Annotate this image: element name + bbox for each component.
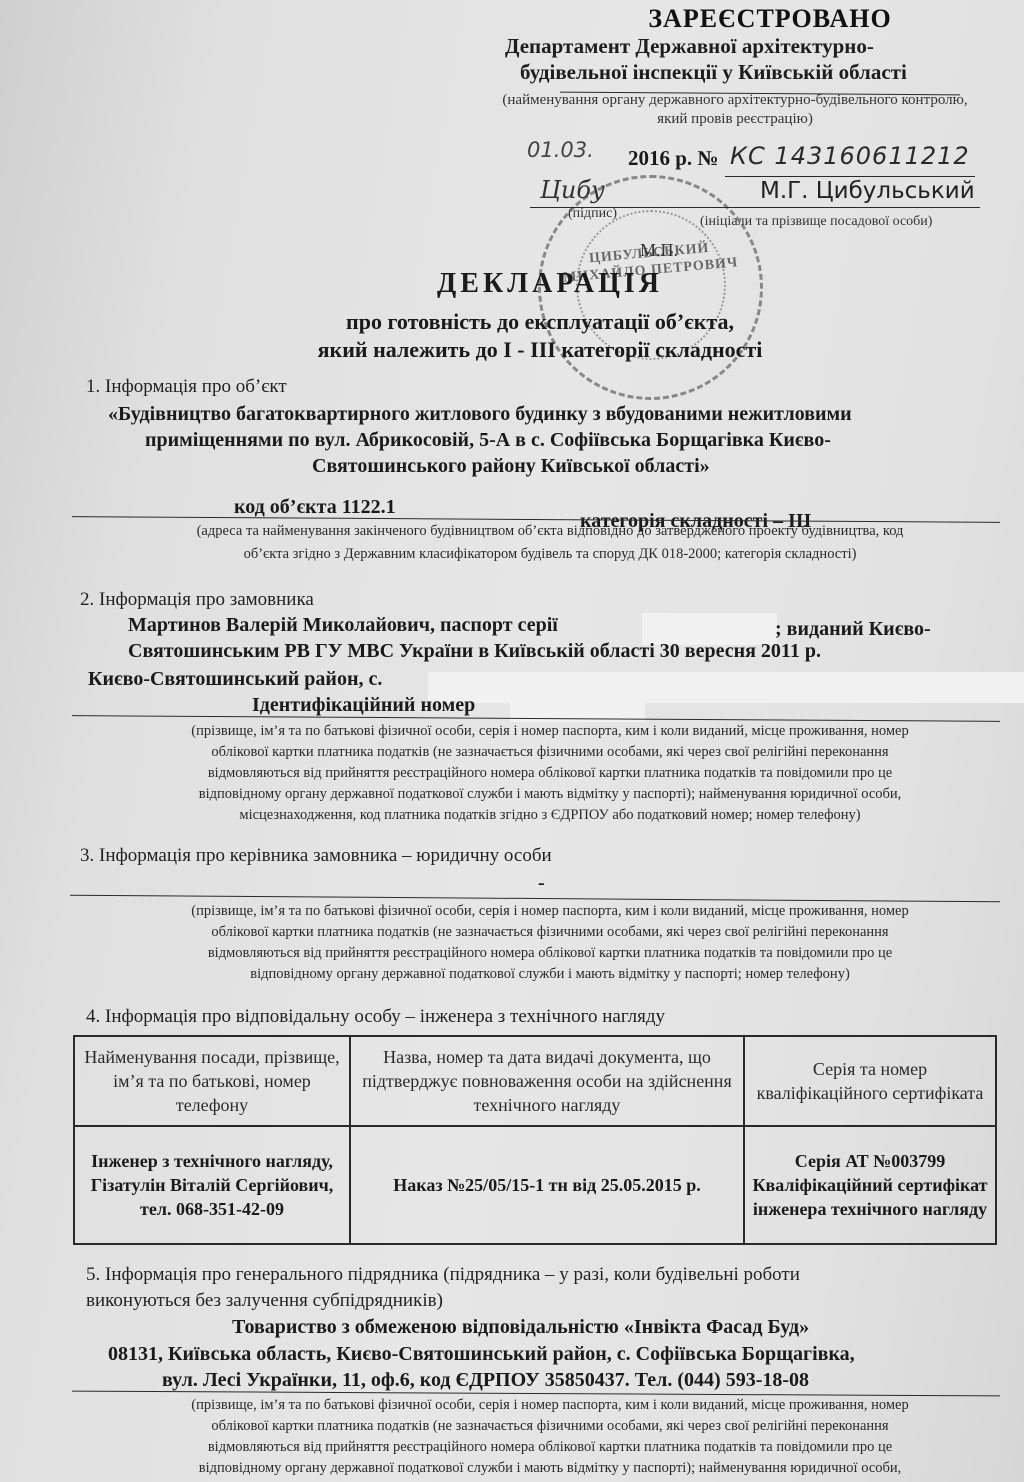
registration-signer: М.Г. Цибульський — [760, 178, 975, 204]
customer-id-label: Ідентифікаційний номер — [252, 694, 475, 717]
section2-heading: 2. Інформація про замовника — [80, 589, 314, 611]
section5-note-line1: (прізвище, ім’я та по батькові фізичної … — [90, 1396, 1010, 1415]
section2-note-line5: місцезнаходження, код платника податків … — [90, 806, 1010, 825]
customer-line2: Святошинським РВ ГУ МВС України в Київсь… — [128, 640, 821, 663]
caption-signature: (підпис) — [568, 206, 617, 222]
table-header-cell: Серія та номер кваліфікаційного сертифік… — [744, 1036, 996, 1126]
section5-note-line4: відповідному органу державної податкової… — [90, 1459, 1010, 1478]
section3-note-line1: (прізвище, ім’я та по батькові фізичної … — [90, 902, 1010, 921]
section2-note-line4: відповідному органу державної податкової… — [90, 785, 1010, 804]
contractor-address-line1: 08131, Київська область, Києво-Святошинс… — [108, 1343, 855, 1366]
section4-heading: 4. Інформація про відповідальну особу – … — [86, 1006, 665, 1028]
table-cell: Інженер з технічного нагляду, Гізатулін … — [74, 1126, 350, 1244]
registration-date-handwritten: 01.03. — [527, 138, 594, 162]
section5-note-line3: відмовляються від прийняття реєстраційно… — [90, 1438, 1010, 1457]
document-page: ЗАРЕЄСТРОВАНО Департамент Державної архі… — [0, 0, 1024, 1482]
customer-line3: Києво-Святошинський район, с. — [88, 668, 382, 691]
customer-line1: Мартинов Валерій Миколайович, паспорт се… — [128, 614, 558, 637]
section2-note-line1: (прізвище, ім’я та по батькові фізичної … — [90, 722, 1010, 741]
registration-title: ЗАРЕЄСТРОВАНО — [520, 4, 1020, 34]
section5-heading-line1: 5. Інформація про генерального підрядник… — [86, 1264, 800, 1286]
table-header-row: Найменування посади, прізвище, ім’я та п… — [74, 1036, 996, 1126]
object-code: код об’єкта 1122.1 — [234, 496, 396, 519]
registration-department-note: (найменування органу державного архітект… — [500, 91, 970, 129]
object-line2: приміщеннями по вул. Абрикосовій, 5-А в … — [145, 429, 831, 452]
declaration-subtitle-line2: який належить до I - III категорії склад… — [270, 337, 810, 363]
section2-note-line2: облікової картки платника податків (не з… — [90, 743, 1010, 762]
contractor-company: Товариство з обмеженою відповідальністю … — [232, 1316, 809, 1339]
section3-heading: 3. Інформація про керівника замовника – … — [80, 845, 552, 867]
registration-number: КС 143160611212 — [730, 142, 970, 170]
table-header-cell: Назва, номер та дата видачі документа, щ… — [350, 1036, 744, 1126]
section1-note-line1: (адреса та найменування закінченого буді… — [90, 522, 1010, 541]
declaration-title: ДЕКЛАРАЦІЯ — [370, 268, 730, 300]
section5-note-line2: облікової картки платника податків (не з… — [90, 1417, 1010, 1436]
section3-note-line3: відмовляються від прийняття реєстраційно… — [90, 944, 1010, 963]
section5-heading-line2: виконуються без залучення субпідрядників… — [86, 1290, 443, 1312]
section1-heading: 1. Інформація про об’єкт — [86, 376, 287, 398]
redacted-address — [428, 672, 1024, 703]
engineer-table: Найменування посади, прізвище, ім’я та п… — [73, 1035, 997, 1245]
table-row: Інженер з технічного нагляду, Гізатулін … — [74, 1126, 996, 1244]
section2-note-line3: відмовляються від прийняття реєстраційно… — [90, 764, 1010, 783]
object-line1: «Будівництво багатоквартирного житлового… — [108, 403, 852, 426]
registration-department-line2: будівельної інспекції у Київській област… — [520, 60, 907, 85]
declaration-subtitle-line1: про готовність до експлуатації об’єкта, — [290, 309, 790, 335]
divider — [725, 176, 975, 177]
section1-note-line2: об’єкта згідно з Державним класифікаторо… — [90, 545, 1010, 564]
customer-line1-end: ; виданий Києво- — [775, 618, 931, 641]
registration-date-year: 2016 р. № — [628, 146, 719, 171]
object-line3: Святошинського району Київської області» — [312, 455, 710, 478]
section3-note-line4: відповідному органу державної податкової… — [90, 965, 1010, 984]
signature: Цибу — [540, 176, 605, 204]
table-cell: Наказ №25/05/15-1 тн від 25.05.2015 р. — [350, 1126, 744, 1244]
section3-value: - — [538, 872, 545, 895]
table-header-cell: Найменування посади, прізвище, ім’я та п… — [74, 1036, 350, 1126]
registration-department-line1: Департамент Державної архітектурно- — [505, 34, 874, 59]
seal-mark: М.П. — [640, 240, 678, 261]
contractor-address-line2: вул. Лесі Українки, 11, оф.6, код ЄДРПОУ… — [162, 1369, 809, 1392]
section3-note-line2: облікової картки платника податків (не з… — [90, 923, 1010, 942]
table-cell: Серія АТ №003799 Кваліфікаційний сертифі… — [744, 1126, 996, 1244]
caption-official-name: (ініціали та прізвище посадової особи) — [700, 214, 932, 230]
